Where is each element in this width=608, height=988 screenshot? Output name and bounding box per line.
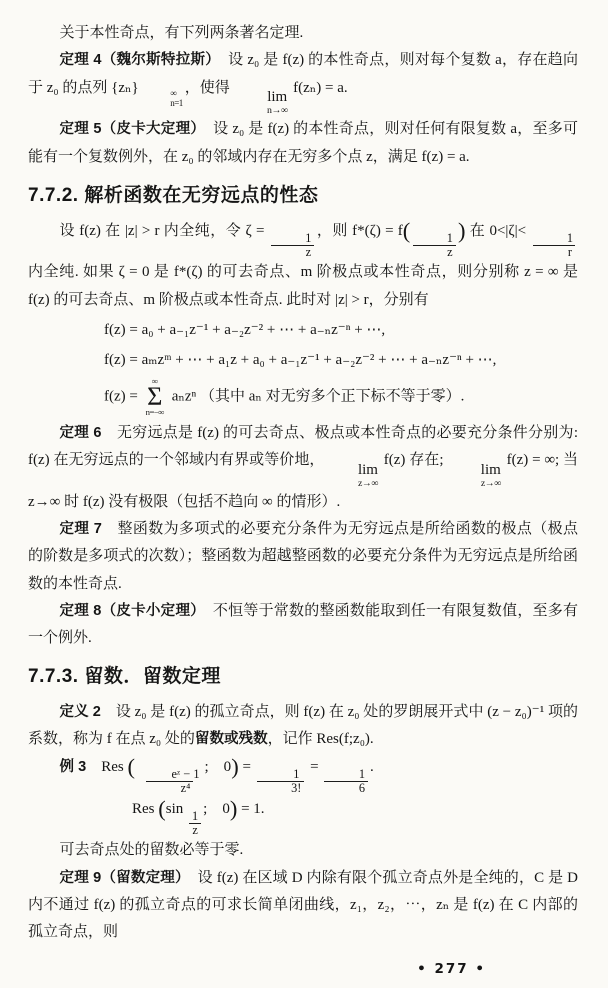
paragraph: 定理 7 整函数为多项式的必要充分条件为无穷远点是所给函数的极点（极点的阶数是多…	[28, 516, 578, 598]
text-run: = 1.	[237, 801, 264, 817]
text-run: f(z) =	[104, 388, 142, 404]
big-parenthesis: (	[403, 217, 411, 242]
stack-subscript: n=1	[139, 98, 183, 108]
paragraph: 例 3 Res (eᶻ − 1z⁴; 0) = 13! = 16.	[28, 754, 578, 796]
fraction-denominator: z	[413, 245, 456, 259]
fraction: eᶻ − 1z⁴	[137, 768, 203, 796]
fraction: 1z	[189, 810, 201, 838]
superscript-subscript-stack: ∞n=1	[139, 88, 183, 109]
fraction-numerator: 1	[259, 768, 303, 781]
fraction-denominator: 6	[324, 781, 368, 795]
text-run: ，使得	[185, 80, 234, 96]
paragraph: 关于本性奇点，有下列两条著名定理.	[28, 20, 578, 47]
text-run: 整函数为多项式的必要充分条件为无穷远点是所给函数的极点（极点的阶数是多项式的次数…	[28, 521, 578, 592]
page-content: 关于本性奇点，有下列两条著名定理.定理 4（魏尔斯特拉斯） 设 z₀ 是 f(z…	[28, 20, 578, 947]
text-run: f(zₙ) = a.	[289, 80, 347, 96]
fraction-denominator: z	[189, 823, 200, 837]
limit-operator: limn→∞	[236, 90, 288, 116]
big-parenthesis: (	[127, 754, 135, 779]
paragraph: 定理 8（皮卡小定理） 不恒等于常数的整函数能取到任一有限复数值，至多有一个例外…	[28, 598, 578, 653]
text-run: f(z) 存在;	[380, 452, 447, 468]
bold-text: 定理 5（皮卡大定理）	[60, 121, 198, 137]
bold-text: 定理 4（魏尔斯特拉斯）	[60, 52, 213, 68]
bold-text: 定理 7	[60, 521, 102, 537]
fraction: 1z	[412, 232, 456, 260]
fraction-numerator: 1	[324, 768, 368, 781]
text-run: 7.7.3. 留数．留数定理	[28, 666, 221, 687]
fraction: 1z	[271, 232, 315, 260]
sum-lower-limit: n=−∞	[146, 408, 164, 416]
text-run: sin	[166, 801, 187, 817]
section-heading: 7.7.3. 留数．留数定理	[28, 665, 578, 690]
formula-line: f(z) = aₘzᵐ + ⋯ + a₁z + a₀ + a₋₁z⁻¹ + a₋…	[104, 347, 578, 374]
limit-subscript: z→∞	[327, 479, 378, 489]
section-heading: 7.7.2. 解析函数在无穷远点的性态	[28, 184, 578, 209]
paragraph: 定理 5（皮卡大定理） 设 z₀ 是 f(z) 的本性奇点，则对任何有限复数 a…	[28, 116, 578, 171]
text-run: 设 f(z) 在 |z| > r 内全纯，令 ζ =	[60, 223, 269, 239]
sum-operator: ∞Σn=−∞	[146, 377, 164, 417]
fraction-numerator: 1	[189, 810, 201, 823]
paragraph: 定理 6 无穷远点是 f(z) 的可去奇点、极点或本性奇点的必要充分条件分别为:…	[28, 420, 578, 516]
stack-superscript: ∞	[139, 88, 176, 98]
fraction: 13!	[257, 768, 305, 796]
paragraph: 定理 9（留数定理） 设 f(z) 在区域 D 内除有限个孤立奇点外是全纯的，C…	[28, 865, 578, 947]
text-run: 关于本性奇点，有下列两条著名定理.	[60, 25, 304, 41]
bold-text: 留数或残数	[195, 731, 268, 747]
bold-text: 定理 9（留数定理）	[60, 870, 183, 886]
limit-subscript: z→∞	[449, 479, 500, 489]
text-run: ，记作 Res(f;z₀).	[268, 731, 374, 747]
fraction: 16	[324, 768, 368, 796]
fraction-denominator: r	[533, 245, 575, 259]
big-parenthesis: )	[231, 754, 239, 779]
paragraph: 可去奇点处的留数必等于零.	[28, 837, 578, 864]
text-run: ; 0	[205, 759, 232, 775]
text-run: .	[370, 759, 374, 775]
text-run: 可去奇点处的留数必等于零.	[60, 842, 244, 858]
fraction-denominator: z	[271, 245, 314, 259]
fraction: 1r	[532, 232, 576, 260]
book-page: 关于本性奇点，有下列两条著名定理.定理 4（魏尔斯特拉斯） 设 z₀ 是 f(z…	[0, 0, 608, 988]
bold-text: 定义 2	[60, 704, 101, 720]
text-run: 7.7.2. 解析函数在无穷远点的性态	[28, 185, 318, 206]
text-run: f(z) = a₀ + a₋₁z⁻¹ + a₋₂z⁻² + ⋯ + a₋ₙz⁻ⁿ…	[104, 322, 385, 338]
text-run: f(z) = aₘzᵐ + ⋯ + a₁z + a₀ + a₋₁z⁻¹ + a₋…	[104, 352, 496, 368]
text-run: =	[306, 759, 322, 775]
fraction-numerator: 1	[271, 232, 315, 245]
fraction-denominator: 3!	[257, 781, 305, 795]
formula-line: f(z) = ∞Σn=−∞ aₙzⁿ （其中 aₙ 对无穷多个正下标不等于零）.	[104, 377, 578, 417]
sigma-symbol: Σ	[147, 385, 162, 408]
text-run: aₙzⁿ （其中 aₙ 对无穷多个正下标不等于零）.	[168, 388, 464, 404]
limit-operator: limz→∞	[326, 463, 378, 489]
big-parenthesis: (	[158, 796, 166, 821]
fraction-numerator: eᶻ − 1	[137, 768, 203, 781]
text-run: ，则 f*(ζ) = f	[316, 223, 402, 239]
text-run: Res	[132, 801, 158, 817]
formula-continuation: Res (sin 1z; 0) = 1.	[132, 796, 578, 838]
formula-line: f(z) = a₀ + a₋₁z⁻¹ + a₋₂z⁻² + ⋯ + a₋ₙz⁻ⁿ…	[104, 317, 578, 344]
paragraph: 定义 2 设 z₀ 是 f(z) 的孤立奇点，则 f(z) 在 z₀ 处的罗朗展…	[28, 699, 578, 754]
limit-label: lim	[236, 90, 288, 105]
text-run: 内全纯. 如果 ζ = 0 是 f*(ζ) 的可去奇点、m 阶极点或本性奇点，则…	[28, 264, 578, 307]
text-run: Res	[86, 759, 127, 775]
fraction-denominator: z⁴	[146, 781, 193, 795]
paragraph: 设 f(z) 在 |z| > r 内全纯，令 ζ = 1z，则 f*(ζ) = …	[28, 218, 578, 315]
text-run: ; 0	[203, 801, 230, 817]
limit-subscript: n→∞	[236, 106, 288, 116]
text-run: =	[239, 759, 255, 775]
paragraph: 定理 4（魏尔斯特拉斯） 设 z₀ 是 f(z) 的本性奇点，则对每个复数 a，…	[28, 47, 578, 116]
text-run: 在 0<|ζ|<	[465, 223, 530, 239]
limit-label: lim	[449, 463, 501, 478]
fraction-numerator: 1	[412, 232, 456, 245]
page-number: • 277 •	[28, 961, 578, 977]
bold-text: 定理 8（皮卡小定理）	[60, 603, 198, 619]
bold-text: 定理 6	[60, 425, 102, 441]
limit-label: lim	[326, 463, 378, 478]
fraction-numerator: 1	[532, 232, 576, 245]
bold-text: 例 3	[60, 759, 87, 775]
limit-operator: limz→∞	[449, 463, 501, 489]
